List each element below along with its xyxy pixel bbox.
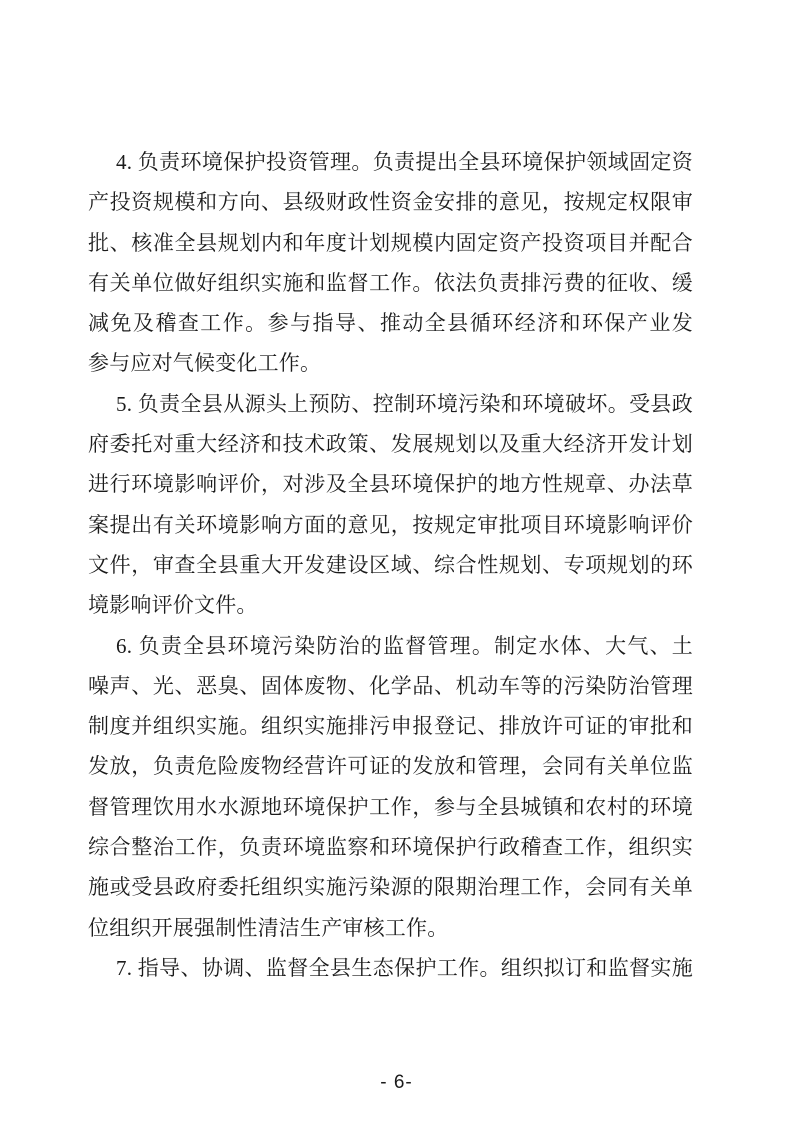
text-line: 进行环境影响评价，对涉及全县环境保护的地方性规章、办法草 <box>88 464 693 504</box>
text-line: 参与应对气候变化工作。 <box>88 343 693 383</box>
paragraph-item-5: 5. 负责全县从源头上预防、控制环境污染和环境破坏。受县政 府委托对重大经济和技… <box>88 384 693 626</box>
text-line: 施或受县政府委托组织实施污染源的限期治理工作，会同有关单 <box>88 867 693 907</box>
text-line: 案提出有关环境影响方面的意见，按规定审批项目环境影响评价 <box>88 505 693 545</box>
page-number: - 6- <box>0 1072 793 1094</box>
text-line: 5. 负责全县从源头上预防、控制环境污染和环境破坏。受县政 <box>88 384 693 424</box>
paragraph-item-6: 6. 负责全县环境污染防治的监督管理。制定水体、大气、土壤、 噪声、光、恶臭、固… <box>88 626 693 948</box>
paragraph-item-4: 4. 负责环境保护投资管理。负责提出全县环境保护领域固定资 产投资规模和方向、县… <box>88 142 693 384</box>
text-line: 批、核准全县规划内和年度计划规模内固定资产投资项目并配合 <box>88 223 693 263</box>
text-line: 有关单位做好组织实施和监督工作。依法负责排污费的征收、缓 <box>88 263 693 303</box>
text-line: 督管理饮用水水源地环境保护工作，参与全县城镇和农村的环境 <box>88 787 693 827</box>
text-line: 综合整治工作，负责环境监察和环境保护行政稽查工作，组织实 <box>88 827 693 867</box>
text-line: 4. 负责环境保护投资管理。负责提出全县环境保护领域固定资 <box>88 142 693 182</box>
document-page: 4. 负责环境保护投资管理。负责提出全县环境保护领域固定资 产投资规模和方向、县… <box>0 0 793 1122</box>
text-line: 7. 指导、协调、监督全县生态保护工作。组织拟订和监督实施 <box>88 948 693 988</box>
text-line: 6. 负责全县环境污染防治的监督管理。制定水体、大气、土壤、 <box>88 626 693 666</box>
document-body: 4. 负责环境保护投资管理。负责提出全县环境保护领域固定资 产投资规模和方向、县… <box>88 142 693 988</box>
paragraph-item-7: 7. 指导、协调、监督全县生态保护工作。组织拟订和监督实施 <box>88 948 693 988</box>
text-line: 发放，负责危险废物经营许可证的发放和管理，会同有关单位监 <box>88 746 693 786</box>
text-line: 位组织开展强制性清洁生产审核工作。 <box>88 908 693 948</box>
text-line: 噪声、光、恶臭、固体废物、化学品、机动车等的污染防治管理 <box>88 666 693 706</box>
text-line: 产投资规模和方向、县级财政性资金安排的意见，按规定权限审 <box>88 182 693 222</box>
text-line: 减免及稽查工作。参与指导、推动全县循环经济和环保产业发展， <box>88 303 693 343</box>
text-line: 府委托对重大经济和技术政策、发展规划以及重大经济开发计划 <box>88 424 693 464</box>
text-line: 文件，审查全县重大开发建设区域、综合性规划、专项规划的环 <box>88 545 693 585</box>
text-line: 制度并组织实施。组织实施排污申报登记、排放许可证的审批和 <box>88 706 693 746</box>
text-line: 境影响评价文件。 <box>88 585 693 625</box>
